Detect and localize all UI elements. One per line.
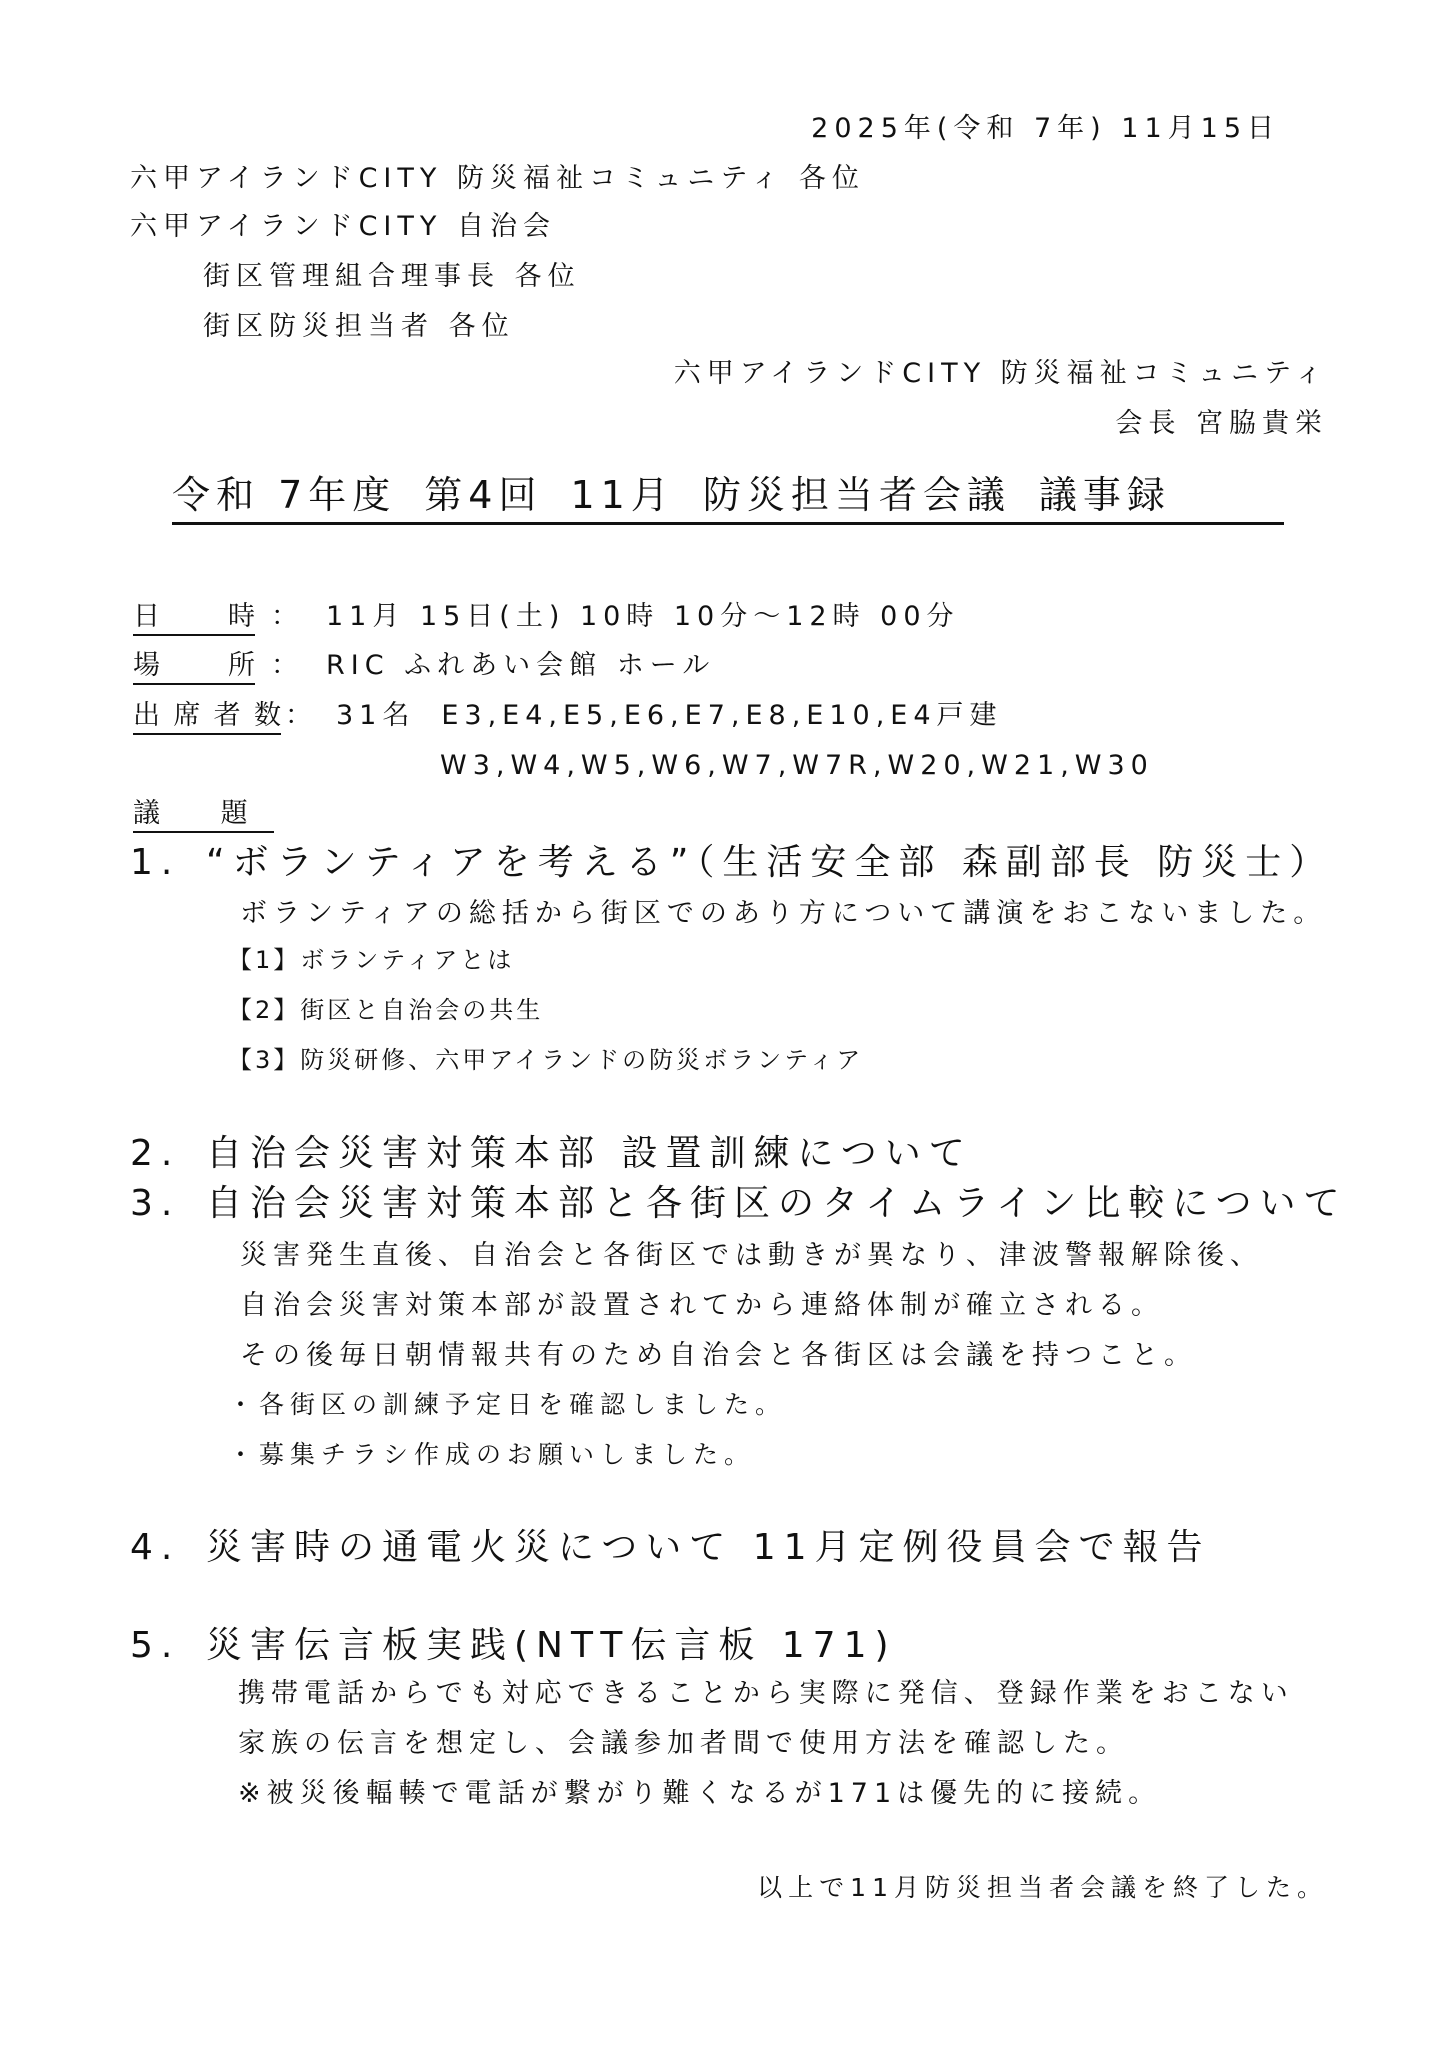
- agenda-item-1-subpoint: 【1】ボランティアとは: [228, 948, 514, 972]
- colon: ：: [285, 700, 318, 731]
- agenda-item-1-title: 1.“ボランティアを考える”（生活安全部 森副部長 防災士）: [130, 845, 1333, 881]
- recipient-line: 街区管理組合理事長 各位: [203, 263, 581, 290]
- agenda-item-3-title: 3.自治会災害対策本部と各街区のタイムライン比較について: [130, 1186, 1347, 1222]
- agenda-item-1-detail: ボランティアの総括から街区でのあり方について講演をおこないました。: [240, 900, 1326, 927]
- title-minutes: 議事録: [1039, 473, 1171, 517]
- datetime-label: 日 時: [133, 603, 255, 636]
- agenda-item-3-bullet: ・各街区の訓練予定日を確認しました。: [228, 1392, 786, 1417]
- agenda-heading: 議 題: [133, 800, 274, 833]
- title-fiscal-year: 令和 7年度: [172, 473, 396, 517]
- agenda-item-4-title: 4.災害時の通電火災について 11月定例役員会で報告: [130, 1530, 1211, 1566]
- attendees-label: 出 席 者 数: [133, 702, 281, 735]
- recipient-line: 六甲アイランドCITY 防災福祉コミュニティ 各位: [130, 165, 865, 192]
- sender-name: 会長 宮脇貴栄: [1115, 410, 1328, 437]
- document-page: 2025年(令和 7年) 11月15日 六甲アイランドCITY 防災福祉コミュニ…: [0, 0, 1448, 2048]
- agenda-item-3-detail: 自治会災害対策本部が設置されてから連絡体制が確立される。: [240, 1292, 1164, 1319]
- agenda-item-5-note: ※被災後輻輳で電話が繋がり難くなるが171は優先的に接続。: [238, 1780, 1161, 1807]
- agenda-item-3-bullet: ・募集チラシ作成のお願いしました。: [228, 1442, 755, 1467]
- meeting-attendees-row: 出 席 者 数 ：31名E3,E4,E5,E6,E7,E8,E10,E4戸建: [133, 702, 1003, 735]
- document-title: 令和 7年度第4回11月防災担当者会議議事録: [172, 476, 1284, 525]
- place-value: RIC ふれあい会館 ホール: [326, 650, 715, 681]
- agenda-item-3-detail: 災害発生直後、自治会と各街区では動きが異なり、津波警報解除後、: [240, 1242, 1263, 1269]
- colon: ：: [271, 650, 304, 681]
- agenda-item-1-subpoint: 【3】防災研修、六甲アイランドの防災ボランティア: [228, 1048, 863, 1072]
- agenda-item-5-detail: 携帯電話からでも対応できることから実際に発信、登録作業をおこない: [238, 1680, 1294, 1707]
- meeting-place-row: 場 所 ：RIC ふれあい会館 ホール: [133, 652, 715, 685]
- title-session: 第4回: [424, 473, 542, 517]
- attendee-count: 31名: [336, 700, 415, 731]
- sender-organization: 六甲アイランドCITY 防災福祉コミュニティ: [674, 360, 1328, 387]
- closing-statement: 以上で11月防災担当者会議を終了した。: [757, 1875, 1328, 1900]
- agenda-item-5-detail: 家族の伝言を想定し、会議参加者間で使用方法を確認した。: [238, 1730, 1129, 1757]
- recipient-line: 街区防災担当者 各位: [203, 313, 515, 340]
- colon: ：: [271, 601, 304, 632]
- document-date: 2025年(令和 7年) 11月15日: [811, 115, 1280, 142]
- datetime-value: 11月 15日(土) 10時 10分～12時 00分: [326, 601, 960, 632]
- agenda-item-3-detail: その後毎日朝情報共有のため自治会と各街区は会議を持つこと。: [240, 1342, 1197, 1369]
- agenda-item-5-title: 5.災害伝言板実践(NTT伝言板 171): [130, 1628, 897, 1664]
- meeting-datetime-row: 日 時 ：11月 15日(土) 10時 10分～12時 00分: [133, 603, 960, 636]
- west-blocks: W3,W4,W5,W6,W7,W7R,W20,W21,W30: [440, 752, 1154, 779]
- agenda-item-2-title: 2.自治会災害対策本部 設置訓練について: [130, 1136, 973, 1172]
- east-blocks: E3,E4,E5,E6,E7,E8,E10,E4戸建: [441, 700, 1002, 731]
- title-month: 11月: [570, 473, 674, 517]
- place-label: 場 所: [133, 652, 255, 685]
- agenda-item-1-subpoint: 【2】街区と自治会の共生: [228, 998, 543, 1022]
- recipient-line: 六甲アイランドCITY 自治会: [130, 213, 556, 240]
- title-meeting: 防災担当者会議: [703, 473, 1011, 517]
